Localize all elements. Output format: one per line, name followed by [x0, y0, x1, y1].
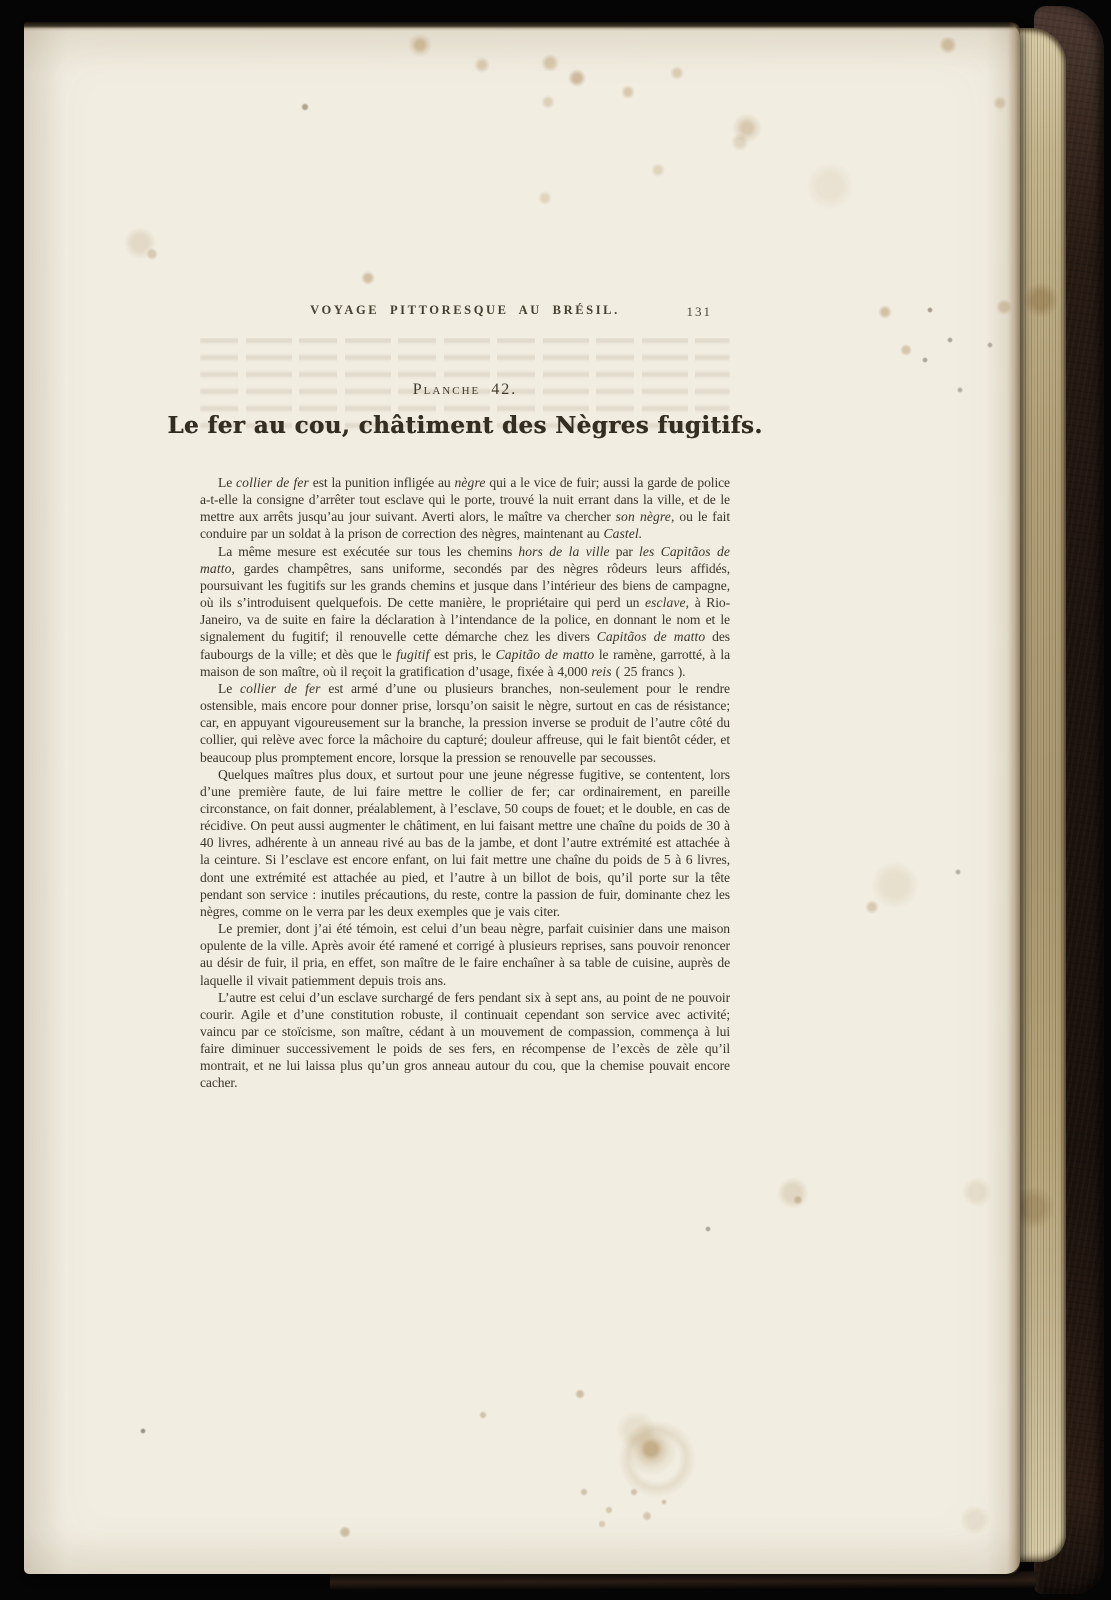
book-page: VOYAGE PITTORESQUE AU BRÉSIL. 131 Planch…	[24, 22, 1020, 1574]
plate-heading: Planche 42.	[200, 381, 730, 399]
paragraph: Le collier de fer est armé d’une ou plus…	[200, 680, 730, 766]
text-run: L’autre est celui d’un esclave surchargé…	[200, 990, 730, 1091]
text-run: Quelques maîtres plus doux, et surtout p…	[200, 767, 730, 919]
italic-term: fugitif	[396, 647, 429, 662]
text-run: est pris, le	[429, 647, 495, 662]
text-run: Le premier, dont j’ai été témoin, est ce…	[200, 921, 730, 987]
italic-term: collier de fer	[236, 475, 309, 490]
paragraph: Quelques maîtres plus doux, et surtout p…	[200, 766, 730, 920]
text-run: par	[610, 544, 639, 559]
italic-term: nègre	[455, 475, 486, 490]
italic-term: Castel.	[603, 526, 642, 541]
italic-term: collier de fer	[240, 681, 321, 696]
paragraph: L’autre est celui d’un esclave surchargé…	[200, 989, 730, 1092]
book-photo: VOYAGE PITTORESQUE AU BRÉSIL. 131 Planch…	[0, 0, 1111, 1600]
page-number: 131	[687, 304, 713, 320]
paragraph: La même mesure est exécutée sur tous les…	[200, 543, 730, 680]
text-run: Le	[218, 475, 236, 490]
photo-background: { "colors": { "background": "#050505", "…	[0, 0, 1111, 1600]
text-run: est la punition infligée au	[309, 475, 455, 490]
running-header-title: VOYAGE PITTORESQUE AU BRÉSIL.	[310, 303, 620, 317]
body-paragraphs: Le collier de fer est la punition inflig…	[200, 474, 730, 1092]
italic-term: hors de la ville	[518, 544, 609, 559]
italic-term: son nègre,	[616, 509, 675, 524]
running-header: VOYAGE PITTORESQUE AU BRÉSIL. 131	[200, 303, 730, 318]
text-run: Le	[218, 681, 240, 696]
chapter-title: Le fer au cou, châtiment des Nègres fugi…	[140, 412, 790, 439]
text-run: La même mesure est exécutée sur tous les…	[218, 544, 518, 559]
italic-term: reis	[591, 664, 611, 679]
italic-term: esclave,	[645, 595, 689, 610]
text-run: ( 25 francs ).	[612, 664, 686, 679]
page-content: VOYAGE PITTORESQUE AU BRÉSIL. 131 Planch…	[24, 22, 1020, 1574]
paragraph: Le collier de fer est la punition inflig…	[200, 474, 730, 543]
page-stack-fore-edge	[1013, 28, 1066, 1562]
italic-term: Capitão de matto	[496, 647, 595, 662]
italic-term: Capitãos de matto	[597, 629, 706, 644]
paragraph: Le premier, dont j’ai été témoin, est ce…	[200, 920, 730, 989]
